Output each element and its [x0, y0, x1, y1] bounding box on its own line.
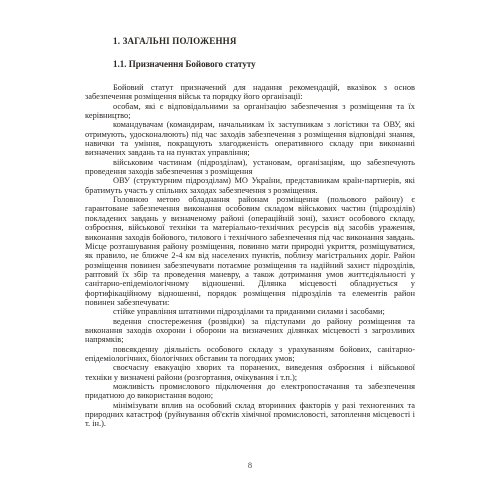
paragraph: стійке управління штатними підрозділами … — [85, 307, 415, 316]
paragraph: військовим частинам (підрозділам), устан… — [85, 158, 415, 177]
document-page: 1. ЗАГАЛЬНІ ПОЛОЖЕННЯ 1.1. Призначення Б… — [0, 0, 500, 500]
paragraph: Головною метою обладнання районам розміщ… — [85, 195, 415, 307]
document-body: 1. ЗАГАЛЬНІ ПОЛОЖЕННЯ 1.1. Призначення Б… — [85, 36, 415, 429]
paragraph: особам, які є відповідальними за організ… — [85, 102, 415, 121]
paragraph: ведення спостереження (розвідки) за підс… — [85, 317, 415, 345]
paragraph: мінімізувати вплив на особовий склад вто… — [85, 401, 415, 429]
paragraph: повсякденну діяльність особового складу … — [85, 345, 415, 364]
subsection-heading: 1.1. Призначення Бойового статуту — [85, 59, 415, 69]
section-heading: 1. ЗАГАЛЬНІ ПОЛОЖЕННЯ — [85, 36, 415, 46]
page-number: 8 — [0, 461, 500, 470]
paragraph: ОВУ (структурним підрозділам) МО України… — [85, 176, 415, 195]
paragraph: можливість промислового підключення до е… — [85, 382, 415, 401]
paragraph: командувачам (командирам, начальникам їх… — [85, 120, 415, 157]
paragraph: своєчасну евакуацію хворих та поранених,… — [85, 363, 415, 382]
paragraph: Бойовий статут призначений для надання р… — [85, 83, 415, 102]
